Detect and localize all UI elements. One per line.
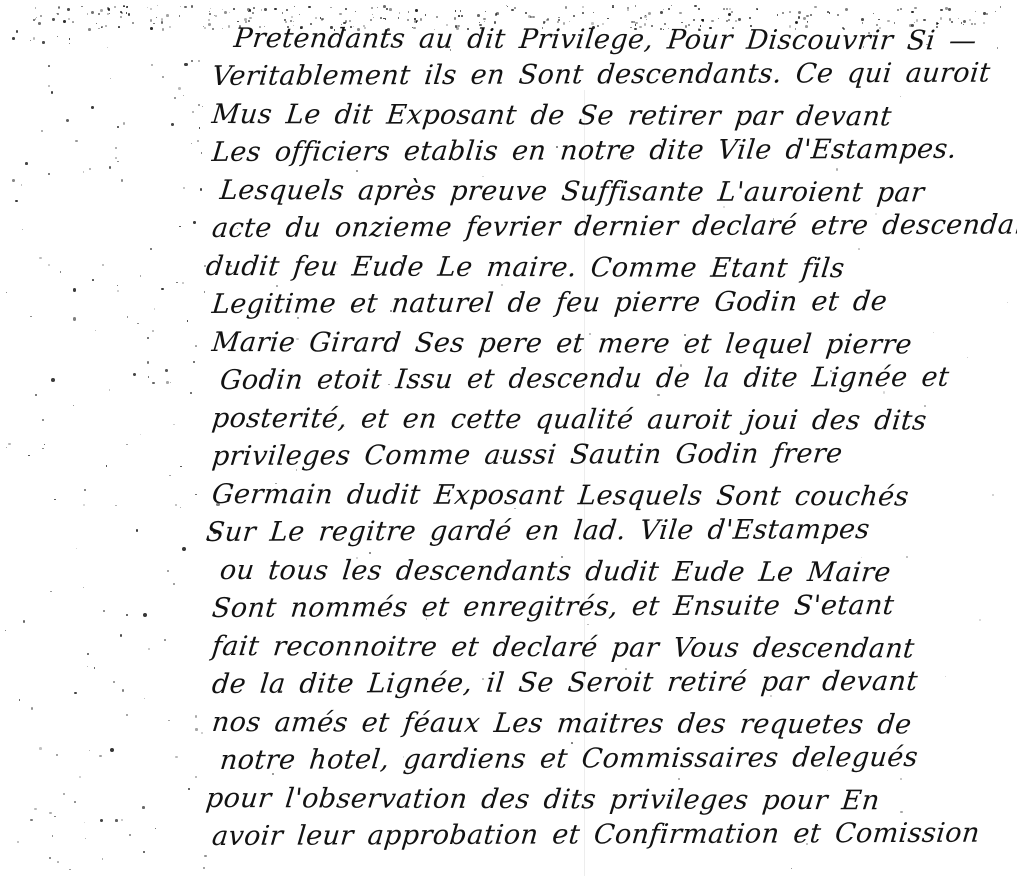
noise-speck <box>5 630 6 631</box>
noise-speck <box>126 614 128 616</box>
noise-speck <box>201 732 202 733</box>
noise-speck <box>168 720 169 721</box>
noise-speck <box>798 11 801 14</box>
noise-speck <box>814 6 816 8</box>
noise-speck <box>31 707 34 710</box>
manuscript-line: notre hotel, gardiens et Commissaires de… <box>218 739 1014 780</box>
noise-speck <box>33 19 35 21</box>
noise-speck <box>514 7 516 9</box>
noise-speck <box>147 361 149 363</box>
noise-speck <box>12 179 15 182</box>
noise-speck <box>100 9 103 12</box>
noise-speck <box>35 18 37 20</box>
noise-speck <box>174 97 176 99</box>
noise-speck <box>458 15 460 17</box>
manuscript-text: Pretendants au dit Privilege, Pour Disco… <box>212 20 1012 856</box>
noise-speck <box>84 489 86 491</box>
noise-speck <box>107 7 110 10</box>
noise-speck <box>202 106 203 107</box>
manuscript-line: privileges Comme aussi Sautin Godin frer… <box>210 435 1014 477</box>
noise-speck <box>782 12 784 14</box>
noise-speck <box>757 9 758 10</box>
manuscript-line: acte du onzieme fevrier dernier declaré … <box>210 207 1014 249</box>
noise-speck <box>698 8 700 10</box>
noise-speck <box>195 715 198 718</box>
noise-speck <box>252 12 254 14</box>
noise-speck <box>87 13 89 15</box>
noise-speck <box>57 13 59 15</box>
noise-speck <box>110 78 111 79</box>
noise-speck <box>948 8 950 10</box>
manuscript-line: Sont nommés et enregitrés, et Ensuite S'… <box>210 587 1014 629</box>
noise-speck <box>151 64 152 65</box>
noise-speck <box>798 16 800 18</box>
noise-speck <box>399 12 400 13</box>
noise-speck <box>183 95 184 96</box>
noise-speck <box>123 122 125 124</box>
noise-speck <box>635 5 636 6</box>
noise-speck <box>63 20 66 23</box>
noise-speck <box>73 317 77 321</box>
noise-speck <box>945 7 947 9</box>
noise-speck <box>873 13 875 15</box>
noise-speck <box>169 26 171 28</box>
noise-speck <box>127 6 128 7</box>
noise-speck <box>51 91 54 94</box>
noise-speck <box>91 11 94 14</box>
noise-speck <box>668 8 670 10</box>
noise-speck <box>120 634 123 637</box>
noise-speck <box>173 583 175 585</box>
noise-speck <box>791 868 792 869</box>
noise-speck <box>573 15 575 17</box>
noise-speck <box>126 444 128 446</box>
noise-speck <box>164 639 166 641</box>
noise-speck <box>74 801 76 803</box>
noise-speck <box>150 8 152 10</box>
noise-speck <box>121 179 123 181</box>
noise-speck <box>140 275 142 277</box>
noise-speck <box>837 14 839 16</box>
noise-speck <box>728 13 731 16</box>
noise-speck <box>777 14 779 16</box>
noise-speck <box>88 28 91 31</box>
noise-speck <box>126 714 128 716</box>
noise-speck <box>94 667 95 668</box>
noise-speck <box>294 6 295 7</box>
noise-speck <box>810 14 812 16</box>
noise-speck <box>109 166 111 168</box>
noise-speck <box>155 828 156 829</box>
noise-speck <box>83 587 84 588</box>
noise-speck <box>198 60 200 62</box>
noise-speck <box>425 14 427 16</box>
noise-speck <box>150 27 153 30</box>
noise-speck <box>179 226 180 227</box>
noise-speck <box>166 14 169 17</box>
manuscript-line: de la dite Lignée, il Se Seroit retiré p… <box>210 663 1014 705</box>
noise-speck <box>30 819 32 821</box>
noise-speck <box>645 15 646 16</box>
noise-speck <box>582 6 584 8</box>
noise-speck <box>74 692 77 695</box>
noise-speck <box>178 87 181 90</box>
noise-speck <box>900 8 902 10</box>
noise-speck <box>496 12 499 15</box>
noise-speck <box>56 754 57 755</box>
noise-speck <box>51 378 55 382</box>
noise-speck <box>436 16 438 18</box>
noise-speck <box>175 756 177 758</box>
noise-speck <box>197 140 199 142</box>
noise-speck <box>286 9 288 11</box>
noise-speck <box>195 494 196 495</box>
noise-speck <box>679 12 681 14</box>
noise-speck <box>940 9 942 11</box>
noise-speck <box>132 22 134 24</box>
noise-speck <box>118 26 120 28</box>
noise-speck <box>173 424 174 425</box>
noise-speck <box>87 666 88 667</box>
noise-speck <box>986 13 989 16</box>
manuscript-line: Legitime et naturel de feu pierre Godin … <box>210 283 1014 325</box>
noise-speck <box>612 7 613 8</box>
noise-speck <box>69 869 70 870</box>
noise-speck <box>507 6 508 7</box>
noise-speck <box>188 788 190 790</box>
noise-speck <box>147 7 148 8</box>
noise-speck <box>81 6 82 7</box>
noise-speck <box>44 444 45 445</box>
noise-speck <box>36 17 38 19</box>
noise-speck <box>389 8 392 11</box>
noise-speck <box>67 8 70 11</box>
noise-speck <box>195 728 197 730</box>
noise-speck <box>282 12 284 14</box>
noise-speck <box>264 8 267 11</box>
noise-speck <box>66 119 69 122</box>
noise-speck <box>663 9 665 11</box>
noise-speck <box>565 6 567 8</box>
manuscript-line: Veritablement ils en Sont descendants. C… <box>210 55 1014 97</box>
noise-speck <box>749 17 751 19</box>
noise-speck <box>8 443 10 445</box>
noise-speck <box>122 689 124 691</box>
noise-speck <box>148 648 150 650</box>
noise-speck <box>485 11 487 13</box>
noise-speck <box>201 152 203 154</box>
noise-speck <box>152 330 154 332</box>
noise-speck <box>137 323 138 324</box>
noise-speck <box>6 292 7 293</box>
noise-speck <box>644 15 647 18</box>
noise-speck <box>72 21 74 23</box>
manuscript-line: Godin etoit Issu et descendu de la dite … <box>218 359 1014 400</box>
noise-speck <box>198 104 200 106</box>
noise-speck <box>371 7 373 9</box>
noise-speck <box>30 316 32 318</box>
noise-speck <box>142 806 145 809</box>
noise-speck <box>274 8 277 11</box>
noise-speck <box>83 171 85 173</box>
noise-speck <box>49 812 52 815</box>
noise-speck <box>208 19 210 21</box>
noise-speck <box>28 455 29 456</box>
noise-speck <box>42 419 44 421</box>
noise-speck <box>386 8 388 10</box>
noise-speck <box>214 15 215 16</box>
noise-speck <box>103 610 104 611</box>
noise-speck <box>107 47 108 48</box>
noise-speck <box>83 504 85 506</box>
noise-speck <box>69 38 70 39</box>
noise-speck <box>30 40 31 41</box>
noise-speck <box>121 819 123 821</box>
noise-speck <box>182 547 186 551</box>
noise-speck <box>95 330 96 331</box>
noise-speck <box>48 65 50 67</box>
noise-speck <box>121 12 122 13</box>
noise-speck <box>383 5 386 8</box>
noise-speck <box>99 755 102 758</box>
noise-speck <box>128 13 130 15</box>
noise-speck <box>612 5 614 7</box>
noise-speck <box>35 394 37 396</box>
noise-speck <box>215 15 217 17</box>
noise-speck <box>193 361 195 363</box>
noise-speck <box>101 26 103 28</box>
noise-speck <box>789 11 791 13</box>
noise-speck <box>157 5 158 6</box>
noise-speck <box>229 12 230 13</box>
noise-speck <box>127 316 128 317</box>
noise-speck <box>40 15 41 16</box>
noise-speck <box>330 7 331 8</box>
noise-speck <box>102 858 103 859</box>
noise-speck <box>48 264 50 266</box>
noise-speck <box>16 30 19 33</box>
noise-speck <box>224 11 227 14</box>
noise-speck <box>345 8 347 10</box>
noise-speck <box>33 37 35 39</box>
noise-speck <box>76 548 77 549</box>
noise-speck <box>48 173 50 175</box>
noise-speck <box>204 855 206 857</box>
noise-speck <box>171 123 174 126</box>
noise-speck <box>15 200 17 202</box>
noise-speck <box>648 12 651 15</box>
noise-speck <box>175 504 177 506</box>
noise-speck <box>91 106 94 109</box>
noise-speck <box>123 5 125 7</box>
noise-speck <box>195 345 197 347</box>
noise-speck <box>121 12 123 14</box>
noise-speck <box>19 699 20 700</box>
noise-speck <box>96 23 97 24</box>
noise-speck <box>671 5 672 6</box>
noise-speck <box>50 591 51 592</box>
noise-speck <box>180 507 181 508</box>
noise-speck <box>408 11 410 13</box>
noise-speck <box>495 13 497 15</box>
noise-speck <box>167 570 169 572</box>
noise-speck <box>756 8 758 10</box>
noise-speck <box>113 681 115 683</box>
noise-speck <box>6 447 8 449</box>
noise-speck <box>455 10 457 12</box>
noise-speck <box>983 12 985 14</box>
noise-speck <box>143 613 147 617</box>
noise-speck <box>136 529 139 532</box>
noise-speck <box>106 465 108 467</box>
noise-speck <box>126 12 127 13</box>
noise-speck <box>299 14 301 16</box>
noise-speck <box>161 21 164 24</box>
noise-speck <box>73 405 74 406</box>
noise-speck <box>377 7 378 8</box>
noise-speck <box>144 698 145 699</box>
noise-speck <box>92 279 94 281</box>
noise-speck <box>222 9 223 10</box>
noise-speck <box>528 15 531 18</box>
manuscript-line: Sur Le regitre gardé en lad. Vile d'Esta… <box>204 510 1014 552</box>
noise-speck <box>120 16 122 18</box>
noise-speck <box>183 187 185 189</box>
noise-speck <box>117 290 119 292</box>
noise-speck <box>170 382 171 383</box>
scanned-document-page: Pretendants au dit Privilege, Pour Disco… <box>0 0 1017 876</box>
noise-speck <box>56 13 57 14</box>
noise-speck <box>911 11 913 13</box>
noise-speck <box>85 838 87 840</box>
noise-speck <box>308 6 311 9</box>
noise-speck <box>320 17 322 19</box>
noise-speck <box>60 271 61 272</box>
noise-speck <box>975 11 976 12</box>
noise-speck <box>179 15 181 17</box>
noise-speck <box>640 17 642 19</box>
noise-speck <box>247 8 250 11</box>
noise-speck <box>199 127 201 129</box>
noise-speck <box>729 8 731 10</box>
noise-speck <box>57 36 58 37</box>
noise-speck <box>525 12 527 14</box>
noise-speck <box>582 12 583 13</box>
noise-speck <box>98 13 100 15</box>
noise-speck <box>115 147 117 149</box>
noise-speck <box>58 7 60 9</box>
noise-speck <box>315 17 317 19</box>
noise-speck <box>694 5 696 7</box>
noise-speck <box>148 376 150 378</box>
noise-speck <box>253 7 255 9</box>
noise-speck <box>398 17 400 19</box>
noise-speck <box>98 28 99 29</box>
noise-speck <box>415 9 418 12</box>
noise-speck <box>150 19 153 22</box>
noise-speck <box>208 23 211 26</box>
noise-speck <box>627 9 630 12</box>
noise-speck <box>723 8 725 10</box>
noise-speck <box>339 13 341 15</box>
noise-speck <box>48 85 50 87</box>
noise-speck <box>117 285 118 286</box>
noise-speck <box>204 27 206 29</box>
noise-speck <box>152 382 154 384</box>
noise-speck <box>69 43 70 44</box>
noise-speck <box>731 11 733 13</box>
noise-speck <box>143 851 145 853</box>
noise-speck <box>89 750 90 751</box>
noise-speck <box>100 819 103 822</box>
noise-speck <box>35 7 37 9</box>
noise-speck <box>57 861 59 863</box>
noise-speck <box>191 5 193 7</box>
noise-speck <box>42 448 44 450</box>
noise-speck <box>195 776 197 778</box>
noise-speck <box>68 18 70 20</box>
noise-speck <box>25 162 28 165</box>
noise-speck <box>209 13 211 15</box>
noise-speck <box>115 505 116 506</box>
noise-speck <box>54 499 55 500</box>
noise-speck <box>101 27 102 28</box>
noise-speck <box>176 282 178 284</box>
noise-speck <box>530 16 532 18</box>
noise-speck <box>162 76 164 78</box>
noise-speck <box>21 184 23 186</box>
noise-speck <box>184 6 186 8</box>
noise-speck <box>63 793 65 795</box>
noise-speck <box>355 11 356 12</box>
noise-speck <box>200 188 202 190</box>
noise-speck <box>209 11 210 12</box>
noise-speck <box>79 776 81 778</box>
noise-speck <box>107 13 109 15</box>
noise-speck <box>22 229 23 230</box>
noise-speck <box>39 257 42 260</box>
noise-speck <box>52 835 54 837</box>
noise-speck <box>73 288 77 292</box>
noise-speck <box>380 17 382 19</box>
noise-speck <box>897 9 899 11</box>
noise-speck <box>84 822 85 823</box>
noise-speck <box>190 392 192 394</box>
noise-speck <box>75 140 77 142</box>
noise-speck <box>52 18 54 20</box>
noise-speck <box>506 5 507 6</box>
noise-speck <box>261 9 262 10</box>
noise-speck <box>165 369 168 372</box>
noise-speck <box>17 841 19 843</box>
noise-speck <box>114 6 116 8</box>
noise-speck <box>169 475 170 476</box>
noise-speck <box>193 221 196 224</box>
noise-speck <box>210 8 211 9</box>
noise-speck <box>120 11 122 13</box>
noise-speck <box>54 816 55 817</box>
manuscript-line: Les officiers etablis en notre dite Vile… <box>210 131 1014 173</box>
noise-speck <box>460 10 461 11</box>
noise-speck <box>166 381 168 383</box>
noise-speck <box>660 11 663 14</box>
noise-speck <box>117 126 119 128</box>
noise-speck <box>458 15 460 17</box>
noise-speck <box>161 18 163 20</box>
noise-speck <box>184 63 187 66</box>
noise-speck <box>995 11 996 12</box>
noise-speck <box>291 16 293 18</box>
